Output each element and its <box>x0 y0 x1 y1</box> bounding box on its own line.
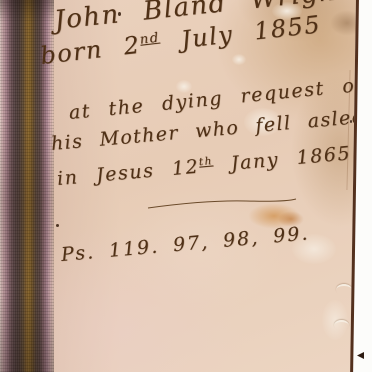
paper-damage-spot <box>322 300 348 340</box>
death-line-text: Jany 1865 <box>212 142 352 176</box>
paper-crease <box>336 284 352 296</box>
death-line-text: in Jesus 12 <box>56 156 200 190</box>
ink-speck <box>56 224 59 227</box>
paper-crease <box>334 320 349 331</box>
ordinal-superscript: nd <box>139 31 161 48</box>
ordinal-superscript: th <box>198 155 213 168</box>
book-cover-paper: John Bland Wright born 2nd July 1855 at … <box>0 0 362 372</box>
paper-damage-spot <box>232 54 246 65</box>
underline-flourish <box>146 194 298 212</box>
scanned-book-photo: John Bland Wright born 2nd July 1855 at … <box>0 0 372 372</box>
inscription-scripture-reference: Ps. 119. 97, 98, 99. <box>60 222 310 266</box>
birth-line-text: born 2 <box>39 31 142 70</box>
